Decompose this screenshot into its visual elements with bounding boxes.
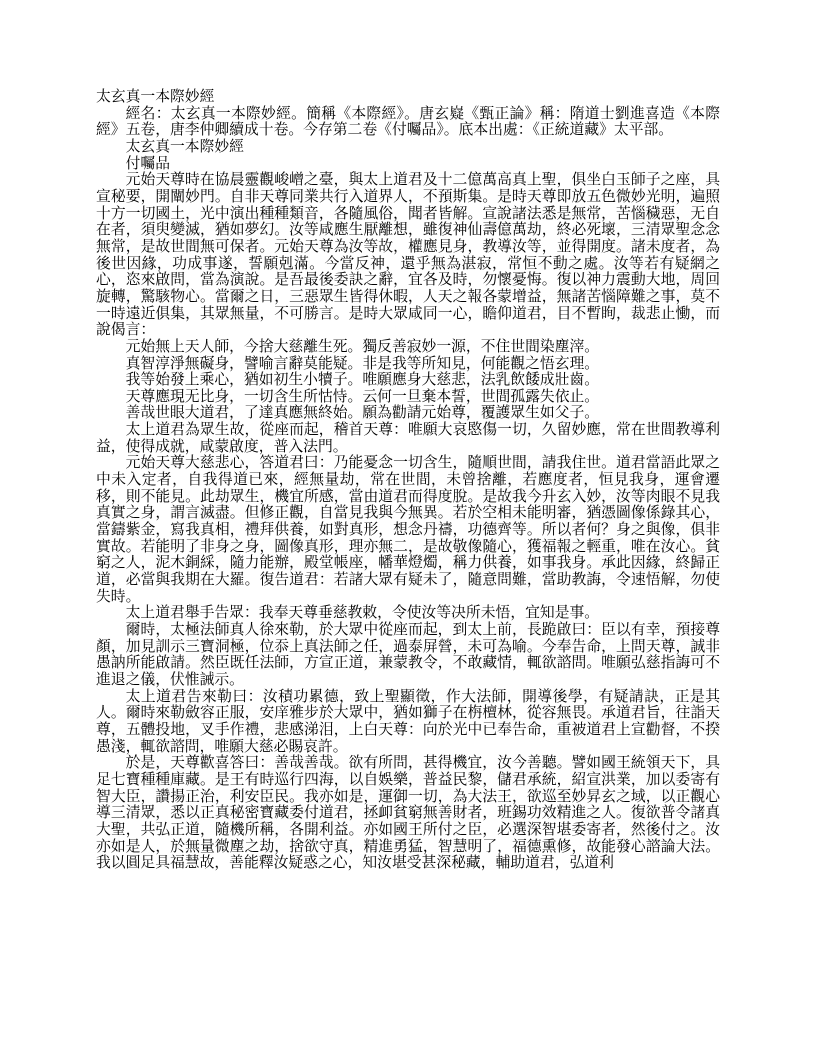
paragraph: 於是，天尊歡喜答曰：善哉善哉。欲有所問，甚得機宜，汝今善聽。譬如國王統領天下，具… — [96, 755, 720, 872]
paragraph: 元始天尊大慈悲心，答道君曰：乃能憂念一切含生，隨順世間，請我住世。道君當語此眾之… — [96, 455, 720, 605]
verse-line: 天尊應現无比身，一切含生所怙恃。云何一旦棄本誓，世間孤露失依止。 — [96, 389, 720, 406]
document-body: 太玄真一本際妙經經名：太玄真一本際妙經。簡稱《本際經》。唐玄嶷《甄正論》稱：隋道… — [96, 89, 720, 872]
document-title-line: 太玄真一本際妙經 — [96, 89, 720, 106]
paragraph: 太上道君舉手告眾：我奉天尊垂慈教敕，令使汝等决所未悟，宜知是事。 — [96, 605, 720, 622]
document-page: 太玄真一本際妙經經名：太玄真一本際妙經。簡稱《本際經》。唐玄嶷《甄正論》稱：隋道… — [0, 0, 816, 1056]
verse-line: 我等始發上乘心，猶如初生小犢子。唯願應身大慈悲，法乳飲餧成壯齒。 — [96, 372, 720, 389]
paragraph: 太玄真一本際妙經 — [96, 139, 720, 156]
paragraph: 經名：太玄真一本際妙經。簡稱《本際經》。唐玄嶷《甄正論》稱：隋道士劉進喜造《本際… — [96, 106, 720, 139]
paragraph: 太上道君告來勒曰：汝積功累德，致上聖顯徵，作大法師，開導後學，有疑請訣，正是其人… — [96, 689, 720, 756]
verse-line: 善哉世眼大道君，了達真應無終始。願為勸請元始尊，覆護眾生如父子。 — [96, 405, 720, 422]
verse-line: 元始無上天人師，今捨大慈離生死。獨反善寂妙一源，不住世間染塵滓。 — [96, 339, 720, 356]
paragraph: 太上道君為眾生故，從座而起，稽首天尊：唯願大哀愍傷一切，久留妙應，常在世間教導利… — [96, 422, 720, 455]
paragraph: 付囑品 — [96, 156, 720, 173]
verse-line: 真智淳淨無礙身，譬喻言辭莫能疑。非是我等所知見，何能觀之悟玄理。 — [96, 356, 720, 373]
paragraph: 元始天尊時在協晨靈觀峻嶒之臺，與太上道君及十二億萬高真上聖，俱坐白玉師子之座，具… — [96, 172, 720, 339]
paragraph: 爾時，太極法師真人徐來勒，於大眾中從座而起，到太上前，長跪啟曰：臣以有幸，預接尊… — [96, 622, 720, 689]
